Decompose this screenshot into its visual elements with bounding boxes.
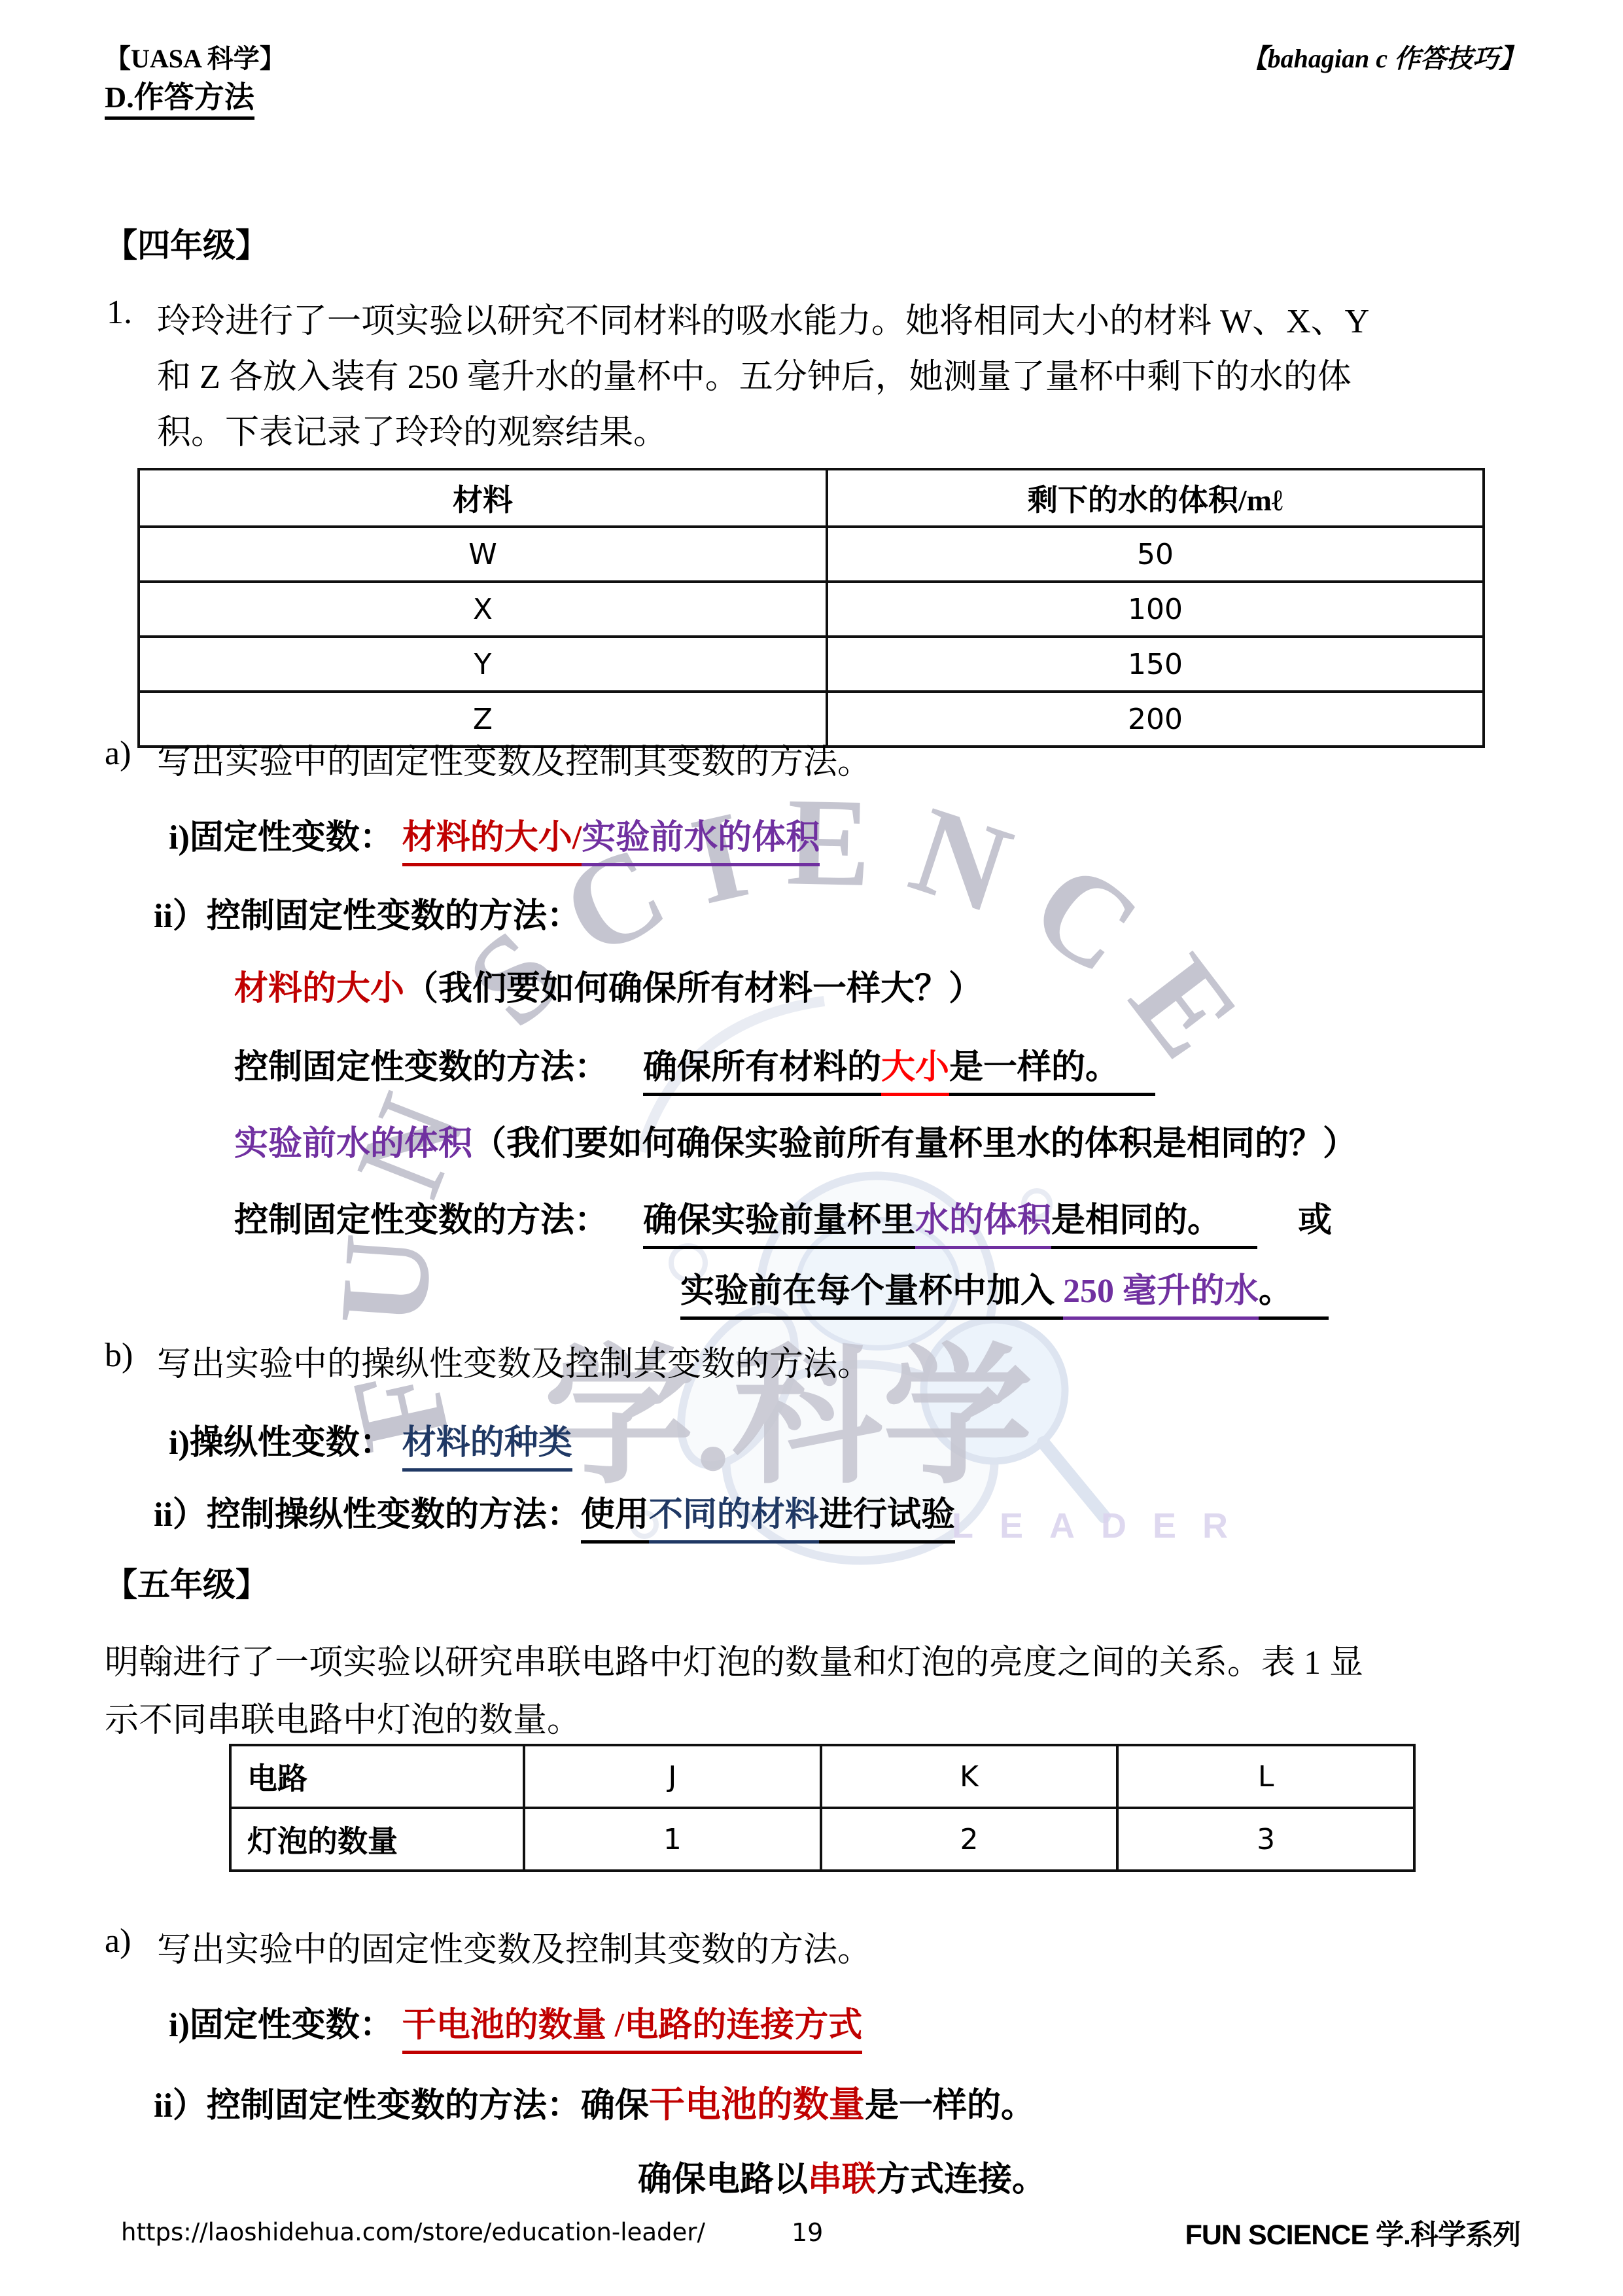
volume-variable-question: （我们要如何确保实验前所有量杯里水的体积是相同的？） — [472, 1125, 1357, 1163]
bulbs-k: 2 — [821, 1808, 1118, 1871]
grade5-intro-line2: 示不同串联电路中灯泡的数量。 — [105, 1692, 581, 1741]
section-title: D.作答方法 — [105, 73, 254, 116]
material-x: X — [139, 582, 827, 637]
table-row: Y 150 — [139, 637, 1484, 692]
question1-number: 1. — [107, 293, 132, 332]
method2-label: 控制固定性变数的方法： — [234, 1202, 608, 1239]
b-i-line: i)操纵性变数： 材料的种类 — [169, 1415, 572, 1464]
b-ii-pre: 使用 — [581, 1496, 649, 1544]
g5-a-i-line: i)固定性变数： 干电池的数量 /电路的连接方式 — [169, 1997, 862, 2046]
table-row: W 50 — [139, 527, 1484, 582]
method2-line: 控制固定性变数的方法： 确保实验前量杯里水的体积是相同的。或 — [234, 1192, 1332, 1241]
header-left: 【UASA 科学】 — [105, 38, 286, 75]
grade4-title: 【四年级】 — [105, 219, 268, 266]
a-i-line: i)固定性变数： 材料的大小/实验前水的体积 — [169, 809, 820, 858]
method2-post: 是相同的。 — [1051, 1202, 1257, 1249]
question1-line3: 积。下表记录了玲玲的观察结果。 — [157, 404, 667, 453]
part-b-label: b) — [105, 1336, 133, 1375]
circuit-k: K — [821, 1745, 1118, 1808]
header-right: 【bahagian c 作答技巧】 — [1242, 38, 1525, 75]
table-header-row: 材料 剩下的水的体积/mℓ — [139, 469, 1484, 527]
row-header-circuit: 电路 — [230, 1745, 524, 1808]
col-header-volume: 剩下的水的体积/mℓ — [827, 469, 1484, 527]
size-variable-question: （我们要如何确保所有材料一样大？） — [404, 970, 983, 1008]
method3-post: 。 — [1259, 1273, 1329, 1320]
circuit-l: L — [1117, 1745, 1414, 1808]
volume-variable-purple: 实验前水的体积 — [234, 1125, 472, 1163]
g5-a-ii-label: ii）控制固定性变数的方法： — [154, 2087, 581, 2125]
method1-highlight: 大小 — [881, 1049, 949, 1096]
b-ii-line: ii）控制操纵性变数的方法：使用不同的材料进行试验 — [154, 1487, 955, 1536]
size-variable-red: 材料的大小 — [234, 970, 404, 1008]
method1-line: 控制固定性变数的方法： 确保所有材料的大小是一样的。 — [234, 1039, 1155, 1088]
a-i-label: i)固定性变数： — [169, 819, 394, 857]
g5-a-ii-post: 是一样的。 — [865, 2087, 1035, 2125]
volume-x: 100 — [827, 582, 1484, 637]
method1-label: 控制固定性变数的方法： — [234, 1049, 608, 1086]
size-variable-line: 材料的大小（我们要如何确保所有材料一样大？） — [234, 961, 983, 1010]
bulbs-j: 1 — [524, 1808, 821, 1871]
b-ii-highlight: 不同的材料 — [649, 1496, 819, 1544]
material-y: Y — [139, 637, 827, 692]
g5-a-ii-line: ii）控制固定性变数的方法：确保干电池的数量是一样的。 — [154, 2075, 1035, 2127]
b-i-answer: 材料的种类 — [402, 1424, 572, 1472]
b-i-label: i)操纵性变数： — [169, 1424, 394, 1462]
method3-pre: 实验前在每个量杯中加入 — [680, 1273, 1063, 1320]
g5-a-i-answer: 干电池的数量 /电路的连接方式 — [402, 2007, 862, 2054]
method1-post: 是一样的。 — [949, 1049, 1155, 1096]
footer-url: https://laoshidehua.com/store/education-… — [121, 2218, 705, 2246]
table-row-circuit: 电路 J K L — [230, 1745, 1414, 1808]
method1-pre: 确保所有材料的 — [643, 1049, 881, 1096]
method2-or: 或 — [1298, 1202, 1332, 1239]
g5-part-a-label: a) — [105, 1922, 131, 1960]
grade5-intro-line1: 明翰进行了一项实验以研究串联电路中灯泡的数量和灯泡的亮度之间的关系。表 1 显 — [105, 1634, 1363, 1684]
question1-line1: 玲玲进行了一项实验以研究不同材料的吸水能力。她将相同大小的材料 W、X、Y — [157, 293, 1369, 342]
question1-line2: 和 Z 各放入装有 250 毫升水的量杯中。五分钟后，她测量了量杯中剩下的水的体 — [157, 349, 1352, 398]
table-row: X 100 — [139, 582, 1484, 637]
g5-a-ii2-pre: 确保电路以 — [638, 2161, 808, 2199]
volume-w: 50 — [827, 527, 1484, 582]
materials-table: 材料 剩下的水的体积/mℓ W 50 X 100 Y 150 Z 200 — [137, 468, 1485, 748]
section-title-text: D.作答方法 — [105, 80, 254, 120]
circuit-j: J — [524, 1745, 821, 1808]
g5-a-ii-line2: 确保电路以串联方式连接。 — [638, 2151, 1046, 2200]
volume-z: 200 — [827, 692, 1484, 747]
method3-line: 实验前在每个量杯中加入 250 毫升的水。 — [680, 1263, 1329, 1312]
circuits-table: 电路 J K L 灯泡的数量 1 2 3 — [229, 1744, 1416, 1872]
method2-highlight: 水的体积 — [915, 1202, 1051, 1249]
g5-a-i-label: i)固定性变数： — [169, 2007, 394, 2044]
volume-variable-line: 实验前水的体积（我们要如何确保实验前所有量杯里水的体积是相同的？） — [234, 1116, 1357, 1165]
volume-y: 150 — [827, 637, 1484, 692]
g5-a-ii2-post: 方式连接。 — [876, 2161, 1046, 2199]
footer-page-number: 19 — [792, 2218, 823, 2247]
g5-a-ii-highlight: 干电池的数量 — [649, 2085, 865, 2125]
worksheet-page: FUN SCIENCE 学.科学 LEADER 【UASA 科学】 【bahag… — [0, 0, 1623, 2296]
method3-highlight: 250 毫升的水 — [1063, 1273, 1259, 1320]
g5-part-a-text: 写出实验中的固定性变数及控制其变数的方法。 — [157, 1922, 871, 1971]
watermark-sub-text: LEADER — [952, 1506, 1254, 1545]
row-header-bulbs: 灯泡的数量 — [230, 1808, 524, 1871]
table-row-bulbs: 灯泡的数量 1 2 3 — [230, 1808, 1414, 1871]
part-a-text: 写出实验中的固定性变数及控制其变数的方法。 — [157, 734, 871, 783]
a-i-answer-red: 材料的大小/ — [402, 819, 582, 866]
col-header-material: 材料 — [139, 469, 827, 527]
b-ii-post: 进行试验 — [819, 1496, 955, 1544]
g5-a-ii-pre: 确保 — [581, 2087, 649, 2125]
b-ii-label: ii）控制操纵性变数的方法： — [154, 1496, 581, 1534]
material-w: W — [139, 527, 827, 582]
bulbs-l: 3 — [1117, 1808, 1414, 1871]
footer-brand: FUN SCIENCE 学.科学系列 — [1185, 2213, 1520, 2253]
a-ii-label: ii）控制固定性变数的方法： — [154, 888, 581, 937]
part-a-label: a) — [105, 734, 131, 773]
part-b-text: 写出实验中的操纵性变数及控制其变数的方法。 — [157, 1336, 871, 1385]
grade5-title: 【五年级】 — [105, 1559, 268, 1606]
a-i-answer-purple: 实验前水的体积 — [582, 819, 820, 866]
method2-pre: 确保实验前量杯里 — [643, 1202, 915, 1249]
g5-a-ii2-highlight: 串联 — [808, 2161, 876, 2199]
